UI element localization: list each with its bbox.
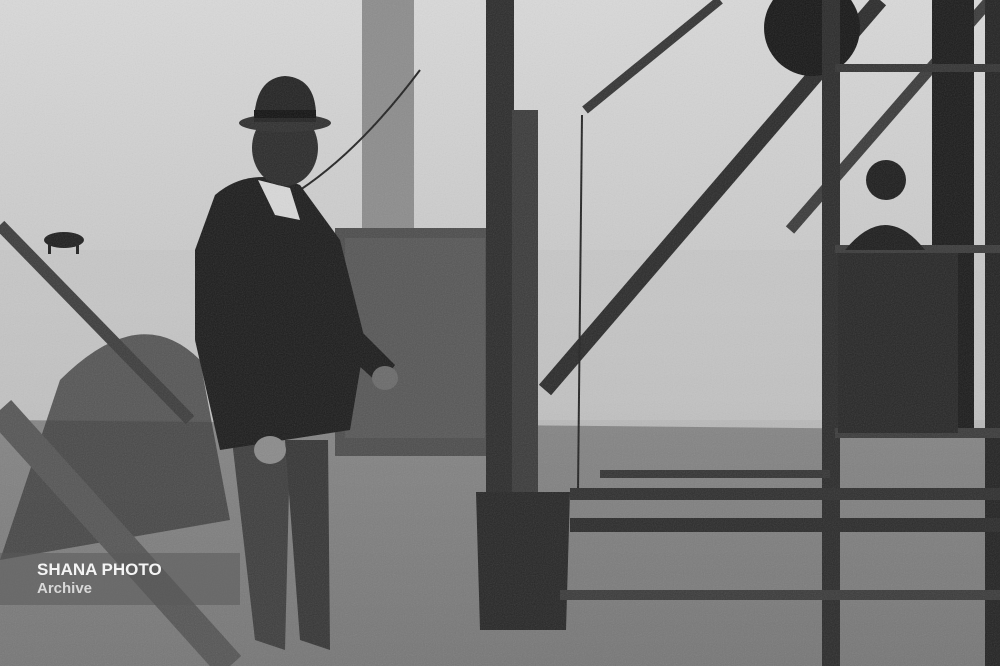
watermark-subtitle: Archive bbox=[37, 580, 92, 597]
photo-frame: SHANA PHOTO Archive bbox=[0, 0, 1000, 666]
watermark-brand: SHANA PHOTO bbox=[37, 560, 162, 580]
